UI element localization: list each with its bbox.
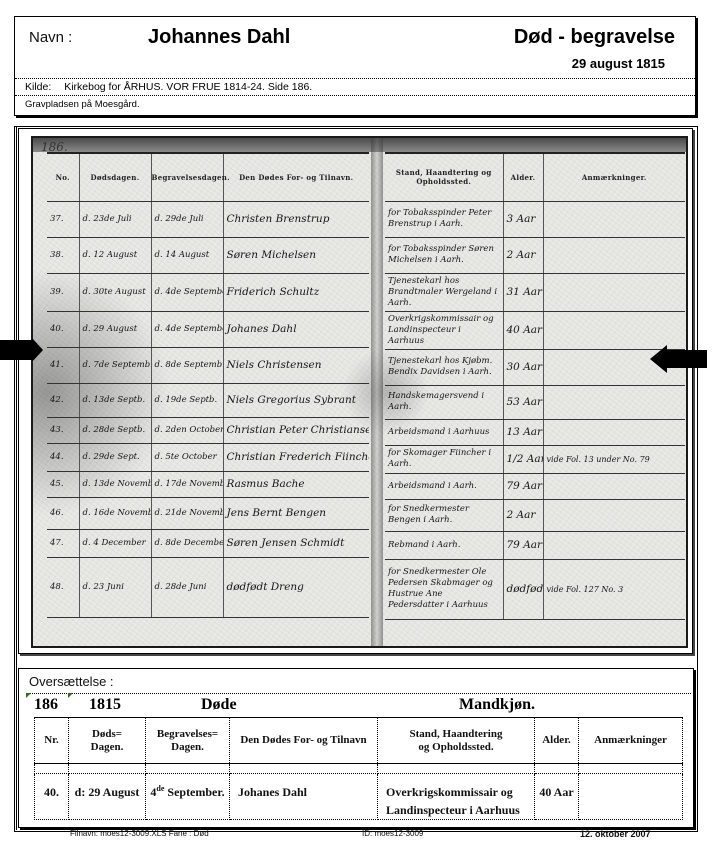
event-date: 29 august 1815 xyxy=(572,56,665,71)
ledger-row: 39.d. 30te Augustd. 4de SeptemberFrideri… xyxy=(47,273,369,311)
record-header: Navn : Johannes Dahl Død - begravelse 29… xyxy=(14,16,696,116)
ledger-row: for Snedkermester Ole Pedersen Skabmager… xyxy=(385,559,685,619)
name-label: Navn : xyxy=(29,29,72,46)
ledger-right-table: Stand, Haandtering og Opholdssted.Alder.… xyxy=(385,152,685,620)
year: 1815 xyxy=(89,696,121,714)
footer-date: 12. oktober 2007 xyxy=(580,829,651,839)
ledger-row: 43.d. 28de Septb.d. 2den OctoberChristia… xyxy=(47,417,369,443)
ledger-row: 46.d. 16de Novemb.d. 21de Novemb.Jens Be… xyxy=(47,497,369,529)
cell-name: Johanes Dahl xyxy=(230,774,378,820)
person-name: Johannes Dahl xyxy=(148,26,290,49)
footer-filename: Filnavn: moes12-3009.XLS Fane : Død xyxy=(70,829,209,838)
scan-gutter xyxy=(371,138,383,646)
col-remarks: Anmærkninger xyxy=(579,718,683,764)
ledger-row: for Tobaksspinder Peter Brenstrup i Aarh… xyxy=(385,201,685,237)
ledger-row: for Skomager Fiincher i Aarh.1/2 Aarvide… xyxy=(385,445,685,473)
event-type: Død - begravelse xyxy=(514,26,675,49)
cell-occupation: Overkrigskommissair ogLandinspecteur i A… xyxy=(378,774,535,820)
col-nr: Nr. xyxy=(35,718,69,764)
ledger-row: Arbeidsmand i Aarhuus13 Aar xyxy=(385,419,685,445)
ledger-row: for Tobaksspinder Søren Michelsen i Aarh… xyxy=(385,237,685,273)
ledger-col-header: Den Dødes For- og Tilnavn. xyxy=(223,153,369,201)
ledger-row: Rebmand i Aarh.79 Aar xyxy=(385,531,685,559)
ledger-row: 45.d. 13de Novemb.d. 17de Novemb.Rasmus … xyxy=(47,471,369,497)
spacer-row xyxy=(35,764,683,774)
church-book-scan: 186. No.Dødsdagen.Begravelsesdagen.Den D… xyxy=(31,136,688,648)
burial-note: Gravpladsen på Moesgård. xyxy=(25,98,140,112)
ledger-row: Overkrigskommissair og Landinspecteur i … xyxy=(385,311,685,349)
ledger-row: 37.d. 23de Julid. 29de JuliChristen Bren… xyxy=(47,201,369,237)
col-name: Den Dødes For- og Tilnavn xyxy=(230,718,378,764)
cell-nr: 40. xyxy=(35,774,69,820)
ledger-row: 40.d. 29 Augustd. 4de SeptemberJohanes D… xyxy=(47,311,369,347)
scan-right-page: Stand, Haandtering og Opholdssted.Alder.… xyxy=(385,138,685,646)
ledger-row: 48.d. 23 Junid. 28de Junidødfødt Dreng xyxy=(47,557,369,617)
translation-title-row: 186 1815 Døde Mandkjøn. xyxy=(19,694,693,716)
table-header-row: Nr. Døds=Dagen. Begravelses=Dagen. Den D… xyxy=(35,718,683,764)
ledger-row: 44.d. 29de Sept.d. 5te OctoberChristian … xyxy=(47,443,369,471)
ledger-row: 38.d. 12 Augustd. 14 AugustSøren Michels… xyxy=(47,237,369,273)
source-label: Kilde: xyxy=(25,81,51,93)
footer-id: ID: moes12-3009 xyxy=(362,829,423,838)
translation-label: Oversættelse : xyxy=(29,674,114,689)
cell-age: 40 Aar xyxy=(535,774,579,820)
header-top: Navn : Johannes Dahl Død - begravelse 29… xyxy=(15,17,695,79)
ledger-row: 41.d. 7de Septemb.d. 8de Septemb.Niels C… xyxy=(47,347,369,383)
source-row: Kilde: Kirkebog for ÅRHUS. VOR FRUE 1814… xyxy=(15,78,695,96)
arrow-left-icon xyxy=(650,345,707,373)
cell-death-day: d: 29 August xyxy=(69,774,146,820)
ledger-col-header: Anmærkninger. xyxy=(543,153,685,201)
translation-box: Oversættelse : 186 1815 Døde Mandkjøn. N… xyxy=(18,668,694,828)
cell-burial-day: 4de September. xyxy=(146,774,230,820)
page-number: 186 xyxy=(34,696,58,714)
ledger-col-header: No. xyxy=(47,153,79,201)
col-death-day: Døds=Dagen. xyxy=(69,718,146,764)
table-row: 40. d: 29 August 4de September. Johanes … xyxy=(35,774,683,820)
ledger-row: 47.d. 4 Decemberd. 8de DecemberSøren Jen… xyxy=(47,529,369,557)
ledger-left-table: No.Dødsdagen.Begravelsesdagen.Den Dødes … xyxy=(47,152,369,618)
ledger-row: Handskemagersvend i Aarh.53 Aar xyxy=(385,385,685,419)
ledger-row: Tjenestekarl hos Kjøbm. Bendix Davidsen … xyxy=(385,349,685,385)
col-age: Alder. xyxy=(535,718,579,764)
page-footer: Filnavn: moes12-3009.XLS Fane : Død ID: … xyxy=(0,829,712,843)
translation-table: Nr. Døds=Dagen. Begravelses=Dagen. Den D… xyxy=(34,717,683,820)
ledger-col-header: Stand, Haandtering og Opholdssted. xyxy=(385,153,503,201)
ledger-row: Arbeidsmand i Aarh.79 Aar xyxy=(385,473,685,499)
col-burial-day: Begravelses=Dagen. xyxy=(146,718,230,764)
scan-left-page: No.Dødsdagen.Begravelsesdagen.Den Dødes … xyxy=(47,138,369,646)
cell-remarks xyxy=(579,774,683,820)
source-value: Kirkebog for ÅRHUS. VOR FRUE 1814-24. Si… xyxy=(64,81,312,93)
ledger-col-header: Alder. xyxy=(503,153,543,201)
ledger-row: 42.d. 13de Septb.d. 19de Septb.Niels Gre… xyxy=(47,383,369,417)
gender-title: Mandkjøn. xyxy=(459,696,535,714)
col-occupation: Stand, Haandteringog Opholdssted. xyxy=(378,718,535,764)
ledger-col-header: Begravelsesdagen. xyxy=(151,153,223,201)
section-title: Døde xyxy=(201,696,237,714)
ledger-row: Tjenestekarl hos Brandtmaler Wergeland i… xyxy=(385,273,685,311)
ledger-row: for Snedkermester Bengen i Aarh.2 Aar xyxy=(385,499,685,531)
ledger-col-header: Dødsdagen. xyxy=(79,153,151,201)
arrow-right-icon xyxy=(0,338,43,362)
